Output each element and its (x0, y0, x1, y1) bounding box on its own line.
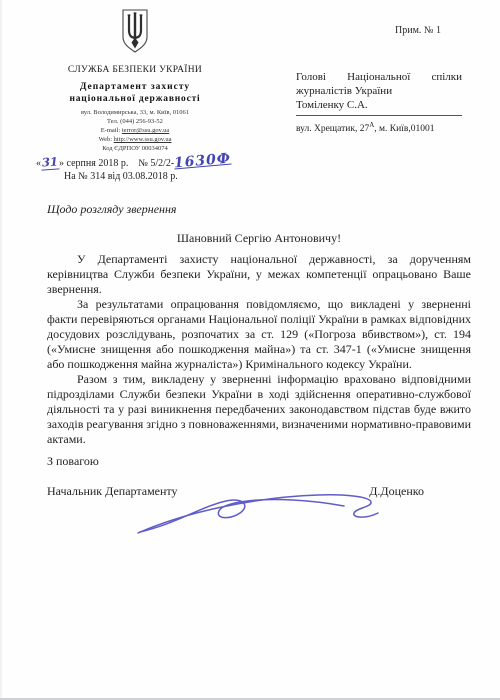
letterhead-contacts: вул. Володимирська, 33, м. Київ, 01061 Т… (40, 108, 230, 153)
signer-name: Д.Доценко (369, 484, 424, 499)
signature-row: Начальник Департаменту Д.Доценко (47, 484, 471, 499)
recipient-address-city: , м. Київ,01001 (374, 124, 434, 134)
reply-reference-line: На № 314 від 03.08.2018 р. (64, 171, 178, 182)
copy-number-note: Прим. № 1 (395, 25, 441, 36)
letterhead-edrpou: Код ЄДРПОУ 00034074 (40, 144, 230, 153)
recipient-address-street: вул. Хрещатик, 27 (296, 124, 369, 134)
letter-body: Щодо розгляду звернення Шановний Сергію … (47, 202, 471, 499)
date-month-year: серпня 2018 р. (64, 158, 128, 169)
outgoing-reference-line: «31» серпня 2018 р.№ 5/2/2-1630Ф (36, 154, 232, 170)
salutation: Шановний Сергію Антоновичу! (47, 231, 471, 246)
body-paragraph-2: За результатами опрацювання повідомляємо… (47, 297, 471, 372)
body-paragraph-1: У Департаменті захисту національної держ… (47, 252, 471, 297)
letterhead-block: СЛУЖБА БЕЗПЕКИ УКРАЇНИ Департамент захис… (40, 9, 230, 153)
organization-name: СЛУЖБА БЕЗПЕКИ УКРАЇНИ (40, 65, 230, 75)
document-number-prefix: № 5/2/2- (138, 158, 174, 169)
recipient-word: Голові (296, 70, 326, 84)
recipient-line2: журналістів України (296, 84, 462, 98)
web-address: http://www.ssu.gov.ua (114, 136, 172, 143)
department-name-line1: Департамент захисту (40, 82, 230, 92)
handwritten-document-number: 1630Ф (174, 151, 232, 172)
recipient-block: Голові Національної спілки журналістів У… (296, 70, 462, 136)
scanned-letter-page: СЛУЖБА БЕЗПЕКИ УКРАЇНИ Департамент захис… (0, 0, 500, 700)
recipient-line1: Голові Національної спілки (296, 70, 462, 84)
email-label: E-mail: (101, 127, 122, 134)
letterhead-phone: Тел. (044) 256-93-52 (40, 117, 230, 126)
web-label: Web: (98, 136, 113, 143)
scan-edge-left (0, 0, 2, 700)
recipient-word: Національної (347, 70, 410, 84)
signer-title: Начальник Департаменту (47, 484, 178, 499)
body-paragraph-3: Разом з тим, викладену у зверненні інфор… (47, 372, 471, 447)
ukraine-trident-emblem-icon (121, 9, 149, 53)
letterhead-email: E-mail: terror@ssu.gov.ua (40, 126, 230, 135)
letterhead-address: вул. Володимирська, 33, м. Київ, 01061 (40, 108, 230, 117)
subject-line: Щодо розгляду звернення (47, 202, 471, 217)
department-name-line2: національної державності (40, 94, 230, 104)
closing-phrase: З повагою (47, 454, 471, 469)
letterhead-web: Web: http://www.ssu.gov.ua (40, 135, 230, 144)
recipient-name: Томіленку С.А. (296, 98, 462, 116)
handwritten-day: 31 (40, 154, 59, 170)
email-address: terror@ssu.gov.ua (122, 127, 169, 134)
recipient-address: вул. Хрещатик, 27А, м. Київ,01001 (296, 116, 462, 136)
recipient-word: спілки (431, 70, 462, 84)
